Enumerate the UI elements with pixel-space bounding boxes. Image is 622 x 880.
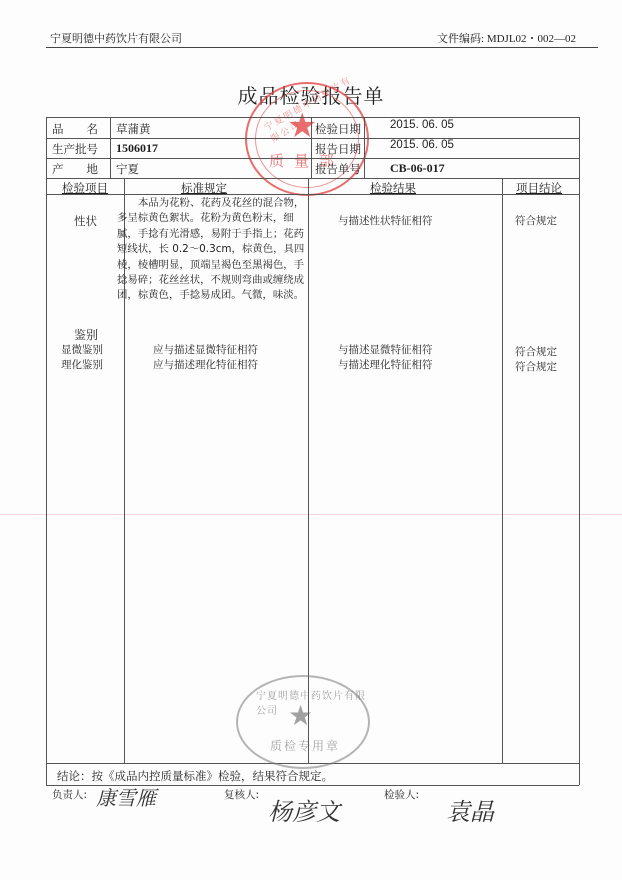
identification-label: 鉴别 — [74, 326, 98, 343]
conclusion-microscopic: 符合规定 — [515, 344, 557, 359]
reviewer-label: 复核人: — [224, 787, 259, 802]
standard-appearance-text: 本品为花粉、花药及花丝的混合物，多呈棕黄色絮状。花粉为黄色粉末，细腻，手捻有光滑… — [117, 197, 304, 301]
product-name-label: 品 名 — [52, 121, 98, 137]
inspector-label: 检验人: — [384, 787, 419, 802]
result-microscopic: 与描述显微特征相符 — [338, 342, 433, 357]
item-microscopic: 显微鉴别 — [61, 342, 103, 357]
product-name-value: 草蒲黄 — [116, 121, 151, 137]
responsible-signature: 康雪雁 — [96, 782, 156, 811]
header-conclusion: 项目结论 — [516, 180, 562, 196]
reviewer-signature: 杨彦文 — [268, 792, 340, 827]
standard-physicochemical: 应与描述理化特征相符 — [153, 357, 258, 372]
report-no-value: CB-06-017 — [390, 161, 445, 176]
responsible-label: 负责人: — [52, 787, 87, 802]
file-code: 文件编码: MDJL02・002—02 — [437, 30, 576, 46]
origin-value: 宁夏 — [116, 161, 139, 177]
quality-inspection-stamp: 宁夏明德中药饮片有限公司 ★ 质检专用章 — [236, 675, 370, 769]
header-result: 检验结果 — [370, 180, 416, 196]
conclusion-physicochemical: 符合规定 — [515, 359, 557, 374]
origin-label: 产 地 — [52, 161, 98, 177]
scan-artifact-line — [0, 514, 622, 515]
header-rule — [46, 47, 598, 48]
file-code-value: MDJL02・002—02 — [487, 33, 576, 45]
report-date-value: 2015. 06. 05 — [390, 139, 454, 151]
report-date-label: 报告日期 — [315, 141, 361, 157]
inspector-signature: 袁晶 — [446, 792, 494, 827]
report-no-label: 报告单号 — [315, 161, 361, 177]
stamp-text: 质检专用章 — [270, 737, 340, 754]
batch-label: 生产批号 — [52, 141, 98, 157]
header-item: 检验项目 — [62, 180, 108, 196]
star-icon: ★ — [287, 106, 317, 146]
result-physicochemical: 与描述理化特征相符 — [338, 357, 433, 372]
file-code-label: 文件编码: — [437, 33, 484, 45]
batch-value: 1506017 — [116, 141, 158, 156]
header-standard: 标准规定 — [181, 180, 227, 196]
item-appearance: 性状 — [74, 213, 97, 229]
standard-appearance: 本品为花粉、花药及花丝的混合物，多呈棕黄色絮状。花粉为黄色粉末，细腻，手捻有光滑… — [117, 196, 307, 304]
company-name: 宁夏明德中药饮片有限公司 — [50, 30, 182, 46]
result-appearance: 与描述性状特征相符 — [338, 213, 433, 228]
standard-microscopic: 应与描述显微特征相符 — [153, 342, 258, 357]
inspect-date-value: 2015. 06. 05 — [390, 119, 454, 131]
star-icon: ★ — [288, 699, 313, 732]
inspect-date-label: 检验日期 — [315, 121, 361, 137]
item-physicochemical: 理化鉴别 — [61, 357, 103, 372]
conclusion-appearance: 符合规定 — [515, 213, 557, 228]
